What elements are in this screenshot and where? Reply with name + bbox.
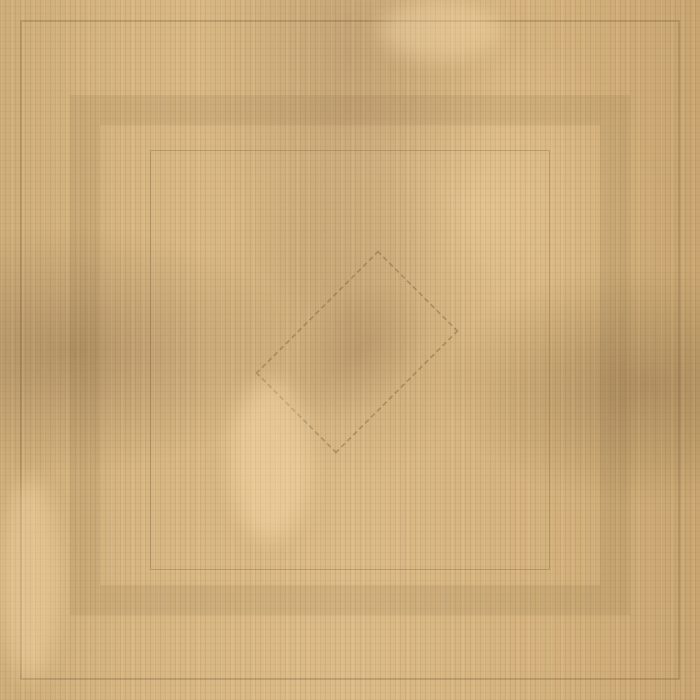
worn-patch [0, 480, 60, 680]
worn-patch [230, 380, 310, 540]
worn-patch [380, 0, 500, 60]
rug-image [0, 0, 700, 700]
